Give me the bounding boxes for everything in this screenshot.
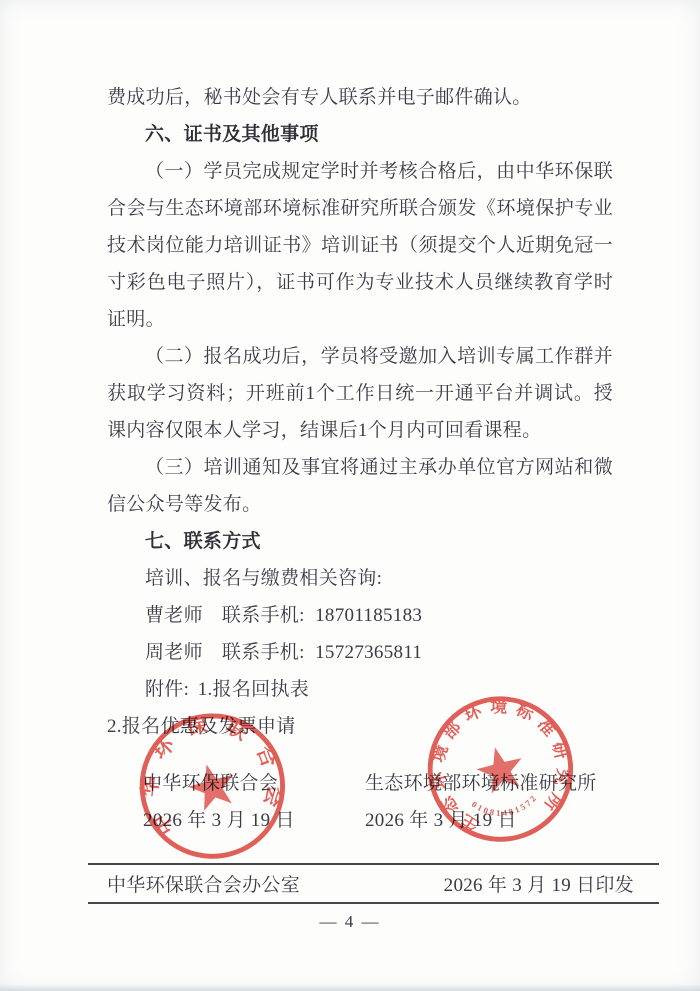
page-number: — 4 —: [0, 912, 700, 932]
footer-issuing-office: 中华环保联合会办公室: [107, 870, 300, 897]
scan-edge: [0, 984, 700, 991]
contact-phone: 18701185183: [315, 605, 422, 626]
section-heading-6: 六、证书及其他事项: [107, 116, 613, 153]
contact-line: 周老师联系手机:15727365811: [107, 634, 613, 671]
contact-line: 曹老师联系手机:18701185183: [107, 597, 613, 634]
contact-name: 周老师: [145, 642, 203, 663]
paragraph: （三）培训通知及事宜将通过主承办单位官方网站和微信公众号等发布。: [107, 449, 613, 523]
section-heading-7: 七、联系方式: [107, 523, 613, 560]
footer-print-date: 2026 年 3 月 19 日印发: [444, 870, 634, 897]
paragraph-continuation: 费成功后，秘书处会有专人联系并电子邮件确认。: [107, 79, 613, 116]
contact-name: 曹老师: [145, 605, 203, 626]
contact-label: 联系手机:: [222, 642, 305, 663]
document-footer: 中华环保联合会办公室 2026 年 3 月 19 日印发: [88, 863, 659, 904]
paragraph: （二）报名成功后，学员将受邀加入培训专属工作群并获取学习资料；开班前1个工作日统…: [107, 338, 613, 449]
document-page: 费成功后，秘书处会有专人联系并电子邮件确认。 六、证书及其他事项 （一）学员完成…: [0, 0, 700, 991]
contact-intro: 培训、报名与缴费相关咨询:: [107, 560, 613, 597]
star-icon: [472, 742, 528, 796]
star-icon: [184, 758, 240, 813]
paragraph: （一）学员完成规定学时并考核合格后，由中华环保联合会与生态环境部环境标准研究所联…: [107, 153, 613, 338]
contact-label: 联系手机:: [222, 605, 305, 626]
attachments-label: 附件:: [145, 679, 189, 700]
contact-phone: 15727365811: [315, 642, 422, 663]
